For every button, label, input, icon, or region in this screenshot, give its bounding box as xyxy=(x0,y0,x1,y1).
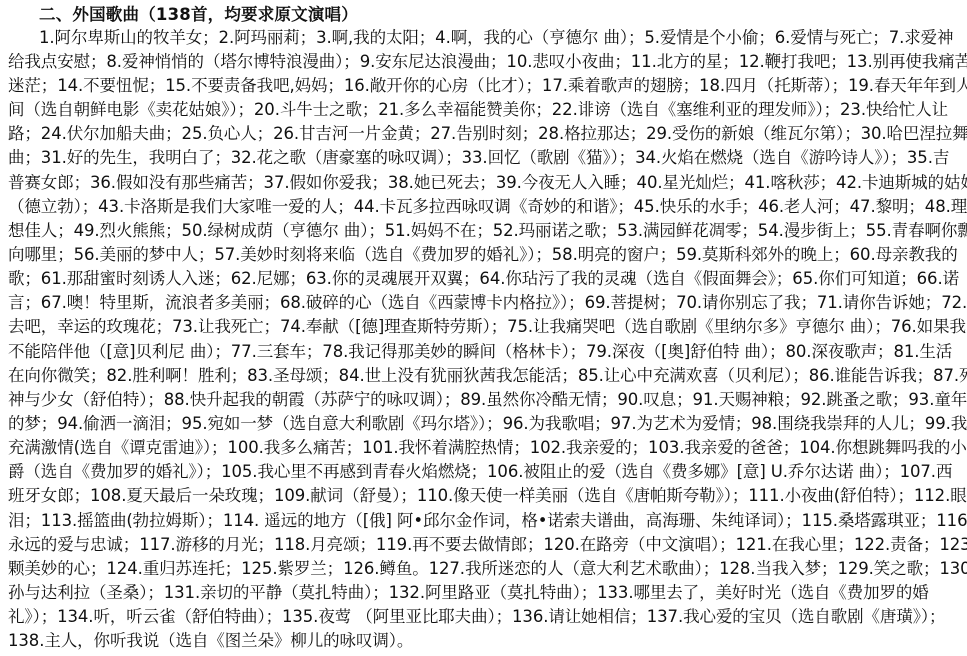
song-list-line: 想佳人；49.烈火熊熊；50.绿树成荫（亨德尔 曲）；51.妈妈不在；52.玛丽… xyxy=(8,221,967,241)
song-list-line: 去吧，幸运的玫瑰花；73.让我死亡；74.奉献（[德]理查斯特劳斯）；75.让我… xyxy=(8,317,966,337)
song-list-line: 永远的爱与忠诚；117.游移的月光；118.月亮颂；119.再不要去做情郎；12… xyxy=(8,535,967,555)
song-list-line: 路；24.伏尔加船夫曲；25.负心人；26.甘吉河一片金黄；27.告别时刻；28… xyxy=(8,124,967,144)
section-heading: 二、外国歌曲（138首，均要求原文演唱） xyxy=(39,5,358,25)
song-list-line: 不能陪伴他（[意]贝利尼 曲）；77.三套车；78.我记得那美妙的瞬间（格林卡）… xyxy=(8,342,952,362)
song-list-line: （德立勃）；43.卡洛斯是我们大家唯一爱的人；44.卡瓦多拉西咏叹调《奇妙的和谐… xyxy=(8,197,967,217)
song-list-line: 神与少女（舒伯特）；88.快升起我的朝霞（苏萨宁的咏叹调）；89.虽然你冷酷无情… xyxy=(8,390,967,410)
song-list-line: 在向你微笑；82.胜利啊！胜利；83.圣母颂；84.世上没有犹丽狄茜我怎能活；8… xyxy=(8,366,967,386)
song-list-line: 礼》）；134.听，听云雀（舒伯特曲）；135.夜莺 （阿里亚比耶夫曲）；136… xyxy=(8,607,945,627)
song-list-line: 迷茫；14.不要忸怩；15.不要责备我吧,妈妈；16.敞开你的心房（比才）；17… xyxy=(8,76,967,96)
song-list-line: 颗美妙的心；124.重归苏连托；125.紫罗兰；126.鳟鱼。127.我所迷恋的… xyxy=(8,559,967,579)
song-list-line: 泪；113.摇篮曲(勃拉姆斯）；114. 遥远的地方（[俄] 阿•邱尔金作词，格… xyxy=(8,511,967,531)
song-list-line: 间（选自朝鲜电影《卖花姑娘》）；20.斗牛士之歌；21.多么幸福能赞美你；22.… xyxy=(8,100,948,120)
song-list-line: 歌；61.那甜蜜时刻诱人入迷；62.尼娜；63.你的灵魂展开双翼；64.你玷污了… xyxy=(8,269,959,289)
song-list-line: 1.阿尔卑斯山的牧羊女；2.阿玛丽莉；3.啊,我的太阳；4.啊，我的心（亨德尔 … xyxy=(39,28,953,48)
song-list-line: 138.主人，你听我说（选自《图兰朵》柳儿的咏叹调）。 xyxy=(8,631,413,651)
song-list-line: 的梦；94.偷洒一滴泪；95.宛如一梦（选自意大利歌剧《玛尔塔》）；96.为我歌… xyxy=(8,414,967,434)
song-list-line: 充满激情(选自《谭克雷迪》）；100.我多么痛苦；101.我怀着满腔热情；102… xyxy=(8,438,967,458)
song-list-line: 给我点安慰；8.爱神悄悄的（塔尔博特浪漫曲）；9.安东尼达浪漫曲；10.悲叹小夜… xyxy=(8,52,967,72)
song-list-line: 孙与达利拉（圣桑）；131.亲切的平静（莫扎特曲）；132.阿里路亚（莫扎特曲）… xyxy=(8,583,929,603)
song-list-line: 言；67.噢！特里斯，流浪者多美丽；68.破碎的心（选自《西蒙博卡内格拉》）；6… xyxy=(8,293,967,313)
song-list-line: 普赛女郎；36.假如没有那些痛苦；37.假如你爱我；38.她已死去；39.今夜无… xyxy=(8,173,967,193)
song-list-line: 向哪里；56.美丽的梦中人；57.美妙时刻将来临（选自《费加罗的婚礼》）；58.… xyxy=(8,245,958,265)
song-list-line: 爵（选自《费加罗的婚礼》）；105.我心里不再感到青春火焰燃烧；106.被阻止的… xyxy=(8,462,952,482)
song-list-line: 班牙女郎；108.夏天最后一朵玫瑰；109.献词（舒曼）；110.像天使一样美丽… xyxy=(8,486,967,506)
song-list-line: 曲；31.好的先生，我明白了；32.花之歌（唐豪塞的咏叹调）；33.回忆（歌剧《… xyxy=(8,148,949,168)
